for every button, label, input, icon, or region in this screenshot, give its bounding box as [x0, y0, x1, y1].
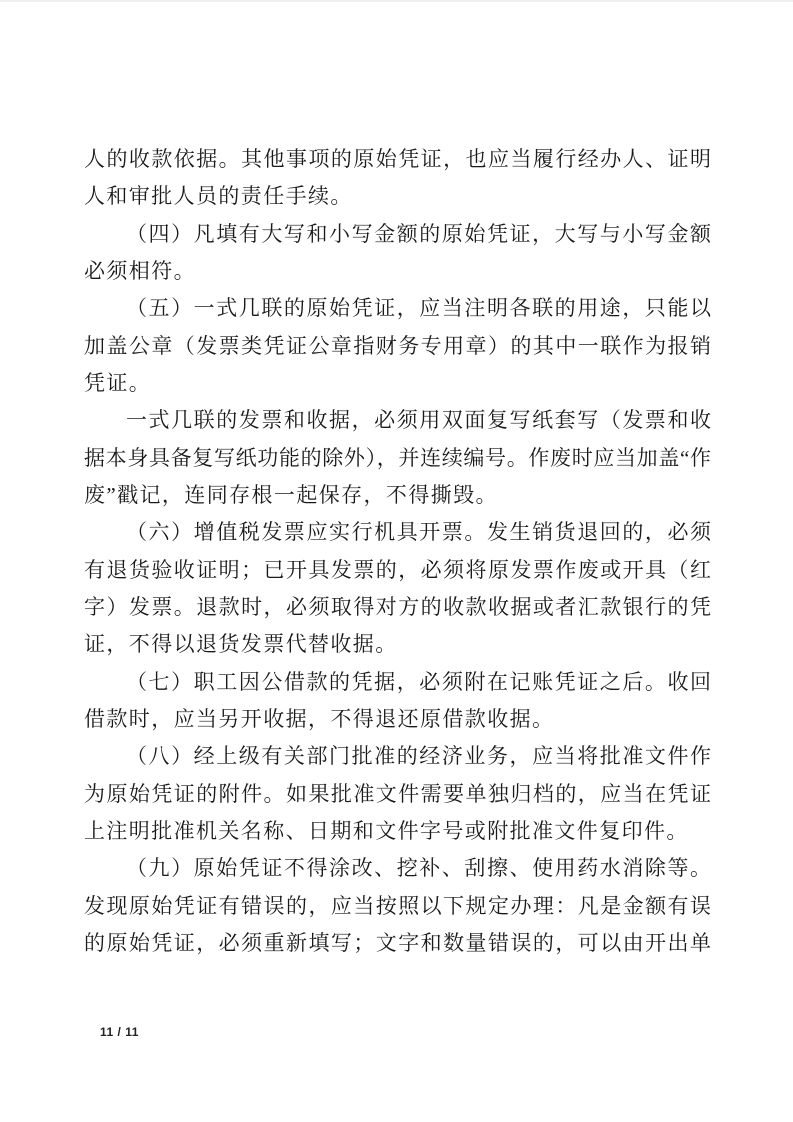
text-line: 据本身具备复写纸功能的除外），并连续编号。作废时应当加盖“作 [84, 440, 711, 477]
text-line: （五）一式几联的原始凭证，应当注明各联的用途，只能以 [84, 290, 711, 327]
text-line: 一式几联的发票和收据，必须用双面复写纸套写（发票和收 [84, 402, 711, 439]
text-line: 借款时，应当另开收据，不得退还原借款收据。 [84, 701, 711, 738]
text-line: 人和审批人员的责任手续。 [84, 178, 711, 215]
text-line: 必须相符。 [84, 253, 711, 290]
text-line: （八）经上级有关部门批准的经济业务，应当将批准文件作 [84, 738, 711, 775]
text-line: 上注明批准机关名称、日期和文件字号或附批准文件复印件。 [84, 813, 711, 850]
text-line: 人的收款依据。其他事项的原始凭证，也应当履行经办人、证明 [84, 141, 711, 178]
text-line: 凭证。 [84, 365, 711, 402]
text-line: 的原始凭证，必须重新填写；文字和数量错误的，可以由开出单 [84, 925, 711, 962]
text-line: 发现原始凭证有错误的，应当按照以下规定办理：凡是金额有误 [84, 888, 711, 925]
text-line: （七）职工因公借款的凭据，必须附在记账凭证之后。收回 [84, 664, 711, 701]
document-text-block: 人的收款依据。其他事项的原始凭证，也应当履行经办人、证明 人和审批人员的责任手续… [84, 141, 711, 962]
page-top-edge [0, 0, 793, 2]
page-number: 11 / 11 [100, 1025, 139, 1039]
text-line: 为原始凭证的附件。如果批准文件需要单独归档的，应当在凭证 [84, 776, 711, 813]
text-line: （九）原始凭证不得涂改、挖补、刮擦、使用药水消除等。 [84, 850, 711, 887]
text-line: （六）增值税发票应实行机具开票。发生销货退回的，必须 [84, 514, 711, 551]
text-line: 有退货验收证明；已开具发票的，必须将原发票作废或开具（红 [84, 552, 711, 589]
text-line: 字）发票。退款时，必须取得对方的收款收据或者汇款银行的凭 [84, 589, 711, 626]
text-line: 加盖公章（发票类凭证公章指财务专用章）的其中一联作为报销 [84, 328, 711, 365]
text-line: （四）凡填有大写和小写金额的原始凭证，大写与小写金额 [84, 216, 711, 253]
text-line: 废”戳记，连同存根一起保存，不得撕毁。 [84, 477, 711, 514]
text-line: 证，不得以退货发票代替收据。 [84, 626, 711, 663]
